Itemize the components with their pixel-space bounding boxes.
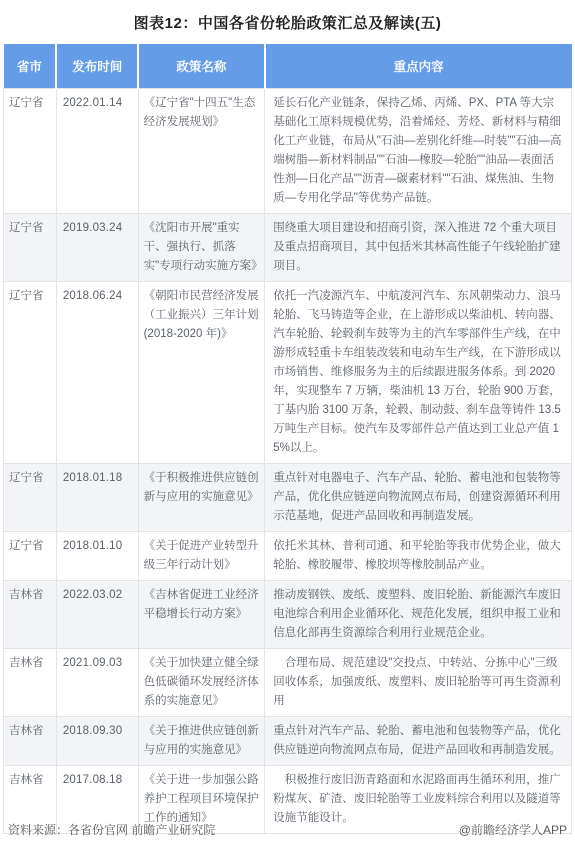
table-row: 吉林省 2022.03.02 《吉林省促进工业经济平稳增长行动方案》 推动废钢铁… (4, 581, 572, 649)
cell-content: 推动废钢铁、废纸、废塑料、废旧轮胎、新能源汽车废旧电池综合利用企业循环化、规范化… (265, 581, 572, 649)
cell-date: 2018.01.18 (56, 464, 138, 532)
cell-content: 围绕重大项目建设和招商引资，深入推进 72 个重大项目及重点招商项目，其中包括米… (265, 214, 572, 282)
cell-province: 辽宁省 (4, 214, 57, 282)
cell-date: 2018.09.30 (56, 717, 138, 766)
cell-policy: 《于积极推进供应链创新与应用的实施意见》 (138, 464, 265, 532)
cell-province: 吉林省 (4, 717, 57, 766)
cell-province: 吉林省 (4, 581, 57, 649)
source-note: 资料来源：各省份官网 前瞻产业研究院 (8, 821, 215, 838)
cell-date: 2018.01.10 (56, 532, 138, 581)
table-row: 吉林省 2018.09.30 《关于推进供应链创新与应用的实施意见》 重点针对汽… (4, 717, 572, 766)
credit-note: @前瞻经济学人APP (459, 821, 567, 838)
col-header-content: 重点内容 (265, 44, 572, 89)
cell-date: 2022.03.02 (56, 581, 138, 649)
cell-date: 2021.09.03 (56, 649, 138, 717)
cell-policy: 《关于促进产业转型升级三年行动计划》 (138, 532, 265, 581)
footer: 资料来源：各省份官网 前瞻产业研究院 @前瞻经济学人APP (8, 821, 567, 838)
table-row: 辽宁省 2018.06.24 《朝阳市民营经济发展（工业振兴）三年计划(2018… (4, 282, 572, 464)
cell-content: 重点针对汽车产品、轮胎、蓄电池和包装物等产品，优化供应链逆向物流网点布局，促进产… (265, 717, 572, 766)
col-header-date: 发布时间 (56, 44, 138, 89)
cell-date: 2018.06.24 (56, 282, 138, 464)
cell-date: 2022.01.14 (56, 89, 138, 214)
cell-content: 延长石化产业链条，保持乙烯、丙烯、PX、PTA 等大宗基础化工原料规模优势，沿着… (265, 89, 572, 214)
cell-content: 依托一汽凌源汽车、中航凌河汽车、东风朝柴动力、浪马轮胎、飞马铸造等企业，在上游形… (265, 282, 572, 464)
cell-policy: 《关于加快建立健全绿色低碳循环发展经济体系的实施意见》 (138, 649, 265, 717)
table-row: 辽宁省 2019.03.24 《沈阳市开展"重实干、强执行、抓落实"专项行动实施… (4, 214, 572, 282)
cell-content: 重点针对电器电子、汽车产品、轮胎、蓄电池和包装物等产品，优化供应链逆向物流网点布… (265, 464, 572, 532)
cell-policy: 《沈阳市开展"重实干、强执行、抓落实"专项行动实施方案》 (138, 214, 265, 282)
col-header-policy: 政策名称 (138, 44, 265, 89)
cell-content: 依托米其林、普利司通、和平轮胎等我市优势企业，做大轮胎、橡胶履带、橡胶坝等橡胶制… (265, 532, 572, 581)
table-row: 辽宁省 2018.01.18 《于积极推进供应链创新与应用的实施意见》 重点针对… (4, 464, 572, 532)
table-row: 吉林省 2021.09.03 《关于加快建立健全绿色低碳循环发展经济体系的实施意… (4, 649, 572, 717)
table-row: 辽宁省 2022.01.14 《辽宁省"十四五"生态经济发展规划》 延长石化产业… (4, 89, 572, 214)
cell-content: 合理布局、规范建设"交投点、中转站、分拣中心"三级回收体系，加强废纸、废塑料、废… (265, 649, 572, 717)
policy-table: 省市 发布时间 政策名称 重点内容 辽宁省 2022.01.14 《辽宁省"十四… (3, 44, 572, 834)
cell-policy: 《辽宁省"十四五"生态经济发展规划》 (138, 89, 265, 214)
figure-page: 前瞻产业研究院 中国产业咨询领导者 前瞻产业研究院 中国产业咨询领导者 前瞻产业… (0, 0, 575, 848)
cell-policy: 《关于推进供应链创新与应用的实施意见》 (138, 717, 265, 766)
table-header-row: 省市 发布时间 政策名称 重点内容 (4, 44, 572, 89)
cell-date: 2019.03.24 (56, 214, 138, 282)
cell-policy: 《吉林省促进工业经济平稳增长行动方案》 (138, 581, 265, 649)
cell-policy: 《朝阳市民营经济发展（工业振兴）三年计划(2018-2020 年)》 (138, 282, 265, 464)
col-header-province: 省市 (4, 44, 57, 89)
table-row: 辽宁省 2018.01.10 《关于促进产业转型升级三年行动计划》 依托米其林、… (4, 532, 572, 581)
cell-province: 辽宁省 (4, 464, 57, 532)
page-title: 图表12：中国各省份轮胎政策汇总及解读(五) (0, 0, 575, 33)
cell-province: 辽宁省 (4, 89, 57, 214)
cell-province: 吉林省 (4, 649, 57, 717)
cell-province: 辽宁省 (4, 532, 57, 581)
cell-province: 辽宁省 (4, 282, 57, 464)
